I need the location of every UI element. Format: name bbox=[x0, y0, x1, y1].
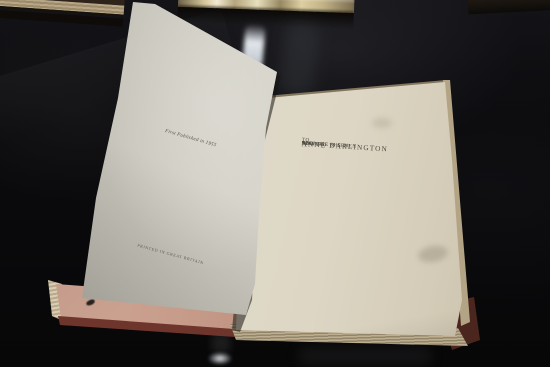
table-reflection-highlight bbox=[204, 350, 236, 367]
paper-smudge bbox=[372, 118, 392, 128]
photo-of-open-book: TO ANNE DARLINGTON NOW SHE IS SEVEN AND … bbox=[0, 0, 550, 367]
table-reflection-soft bbox=[300, 348, 430, 364]
